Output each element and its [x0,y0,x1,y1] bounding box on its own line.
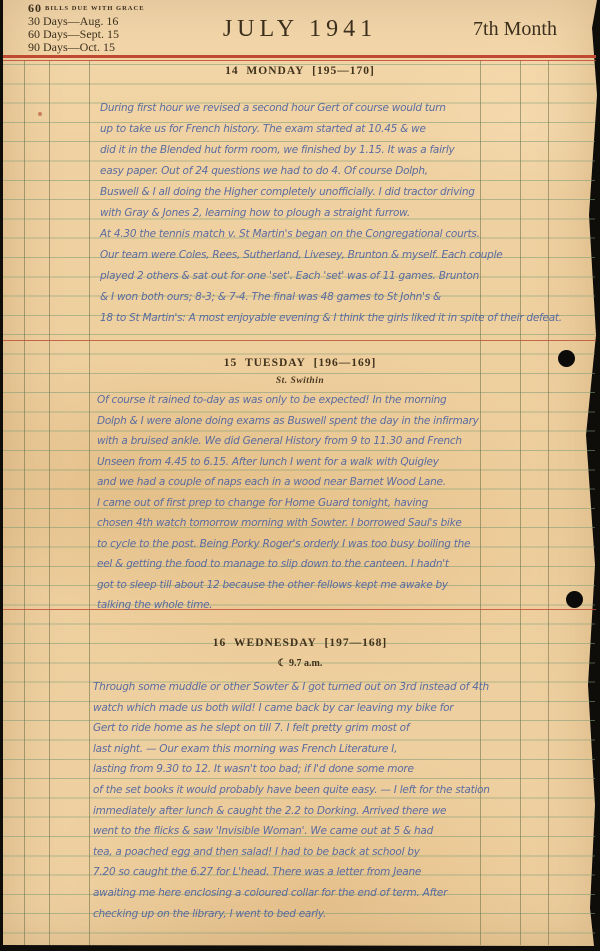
day-name: MONDAY [246,65,304,77]
diary-line: to cycle to the post. Being Porky Roger'… [97,534,479,555]
diary-line: played 2 others & sat out for one 'set'.… [100,266,562,287]
diary-line: awaiting me here enclosing a coloured co… [93,883,490,904]
bills-due-table: 60 BILLS DUE WITH GRACE 30 Days—Aug. 16 … [28,2,145,54]
punch-hole [566,591,583,608]
month-ordinal: 7th Month [440,18,590,41]
diary-line: last night. — Our exam this morning was … [93,739,490,760]
diary-line: watch which made us both wild! I came ba… [93,698,490,719]
day-name: TUESDAY [245,357,306,369]
diary-entry-monday: During first hour we revised a second ho… [100,98,562,329]
day-number: 16 [213,637,227,649]
bills-caption: BILLS DUE WITH GRACE [45,5,145,12]
diary-line: During first hour we revised a second ho… [100,98,562,119]
diary-line: of the set books it would probably have … [93,780,490,801]
diary-line: & I won both ours; 8-3; & 7-4. The final… [100,287,562,308]
day-of-year-range: [195—170] [312,65,375,77]
diary-line: Buswell & I all doing the Higher complet… [100,182,562,203]
day-name: WEDNESDAY [234,637,317,649]
diary-line: with a bruised ankle. We did General His… [97,431,479,452]
day-of-year-range: [196—169] [314,357,377,369]
diary-line: Of course it rained to-day as was only t… [97,390,479,411]
diary-line: chosen 4th watch tomorrow morning with S… [97,513,479,534]
saint-day-label: St. Swithin [0,376,600,386]
moon-phase-time: ☾ 9.7 a.m. [0,658,600,669]
diary-line: 7.20 so caught the 6.27 for L'head. Ther… [93,862,490,883]
diary-line: up to take us for French history. The ex… [100,119,562,140]
diary-line: checking up on the library, I went to be… [93,904,490,925]
ink-speck [38,112,42,116]
diary-entry-tuesday: Of course it rained to-day as was only t… [97,390,479,616]
diary-line: got to sleep till about 12 because the o… [97,575,479,596]
diary-line: talking the whole time. [97,595,479,616]
day-number: 14 [225,65,239,77]
bills-number: 60 [28,1,42,15]
diary-line: eel & getting the food to manage to slip… [97,554,479,575]
diary-line: I came out of first prep to change for H… [97,493,479,514]
bills-row: 90 Days—Oct. 15 [28,41,145,54]
diary-entry-wednesday: Through some muddle or other Sowter & I … [93,677,490,924]
diary-line: Unseen from 4.45 to 6.15. After lunch I … [97,452,479,473]
diary-line: tea, a poached egg and then salad! I had… [93,842,490,863]
day-of-year-range: [197—168] [325,637,388,649]
diary-line: and we had a couple of naps each in a wo… [97,472,479,493]
diary-line: immediately after lunch & caught the 2.2… [93,801,490,822]
day-header-monday: 14 MONDAY [195—170] [0,65,600,77]
day-number: 15 [224,357,238,369]
diary-line: with Gray & Jones 2, learning how to plo… [100,203,562,224]
page-title: JULY 1941 [180,16,420,43]
diary-line: Dolph & I were alone doing exams as Busw… [97,411,479,432]
diary-scan: 60 BILLS DUE WITH GRACE 30 Days—Aug. 16 … [0,0,600,951]
day-header-tuesday: 15 TUESDAY [196—169] [0,357,600,369]
diary-line: did it in the Blended hut form room, we … [100,140,562,161]
diary-line: Through some muddle or other Sowter & I … [93,677,490,698]
diary-line: went to the flicks & saw 'Invisible Woma… [93,821,490,842]
diary-line: lasting from 9.30 to 12. It wasn't too b… [93,759,490,780]
diary-line: Gert to ride home as he slept on till 7.… [93,718,490,739]
diary-line: At 4.30 the tennis match v. St Martin's … [100,224,562,245]
diary-line: 18 to St Martin's: A most enjoyable even… [100,308,562,329]
diary-line: Our team were Coles, Rees, Sutherland, L… [100,245,562,266]
day-header-wednesday: 16 WEDNESDAY [197—168] [0,637,600,649]
diary-line: easy paper. Out of 24 questions we had t… [100,161,562,182]
